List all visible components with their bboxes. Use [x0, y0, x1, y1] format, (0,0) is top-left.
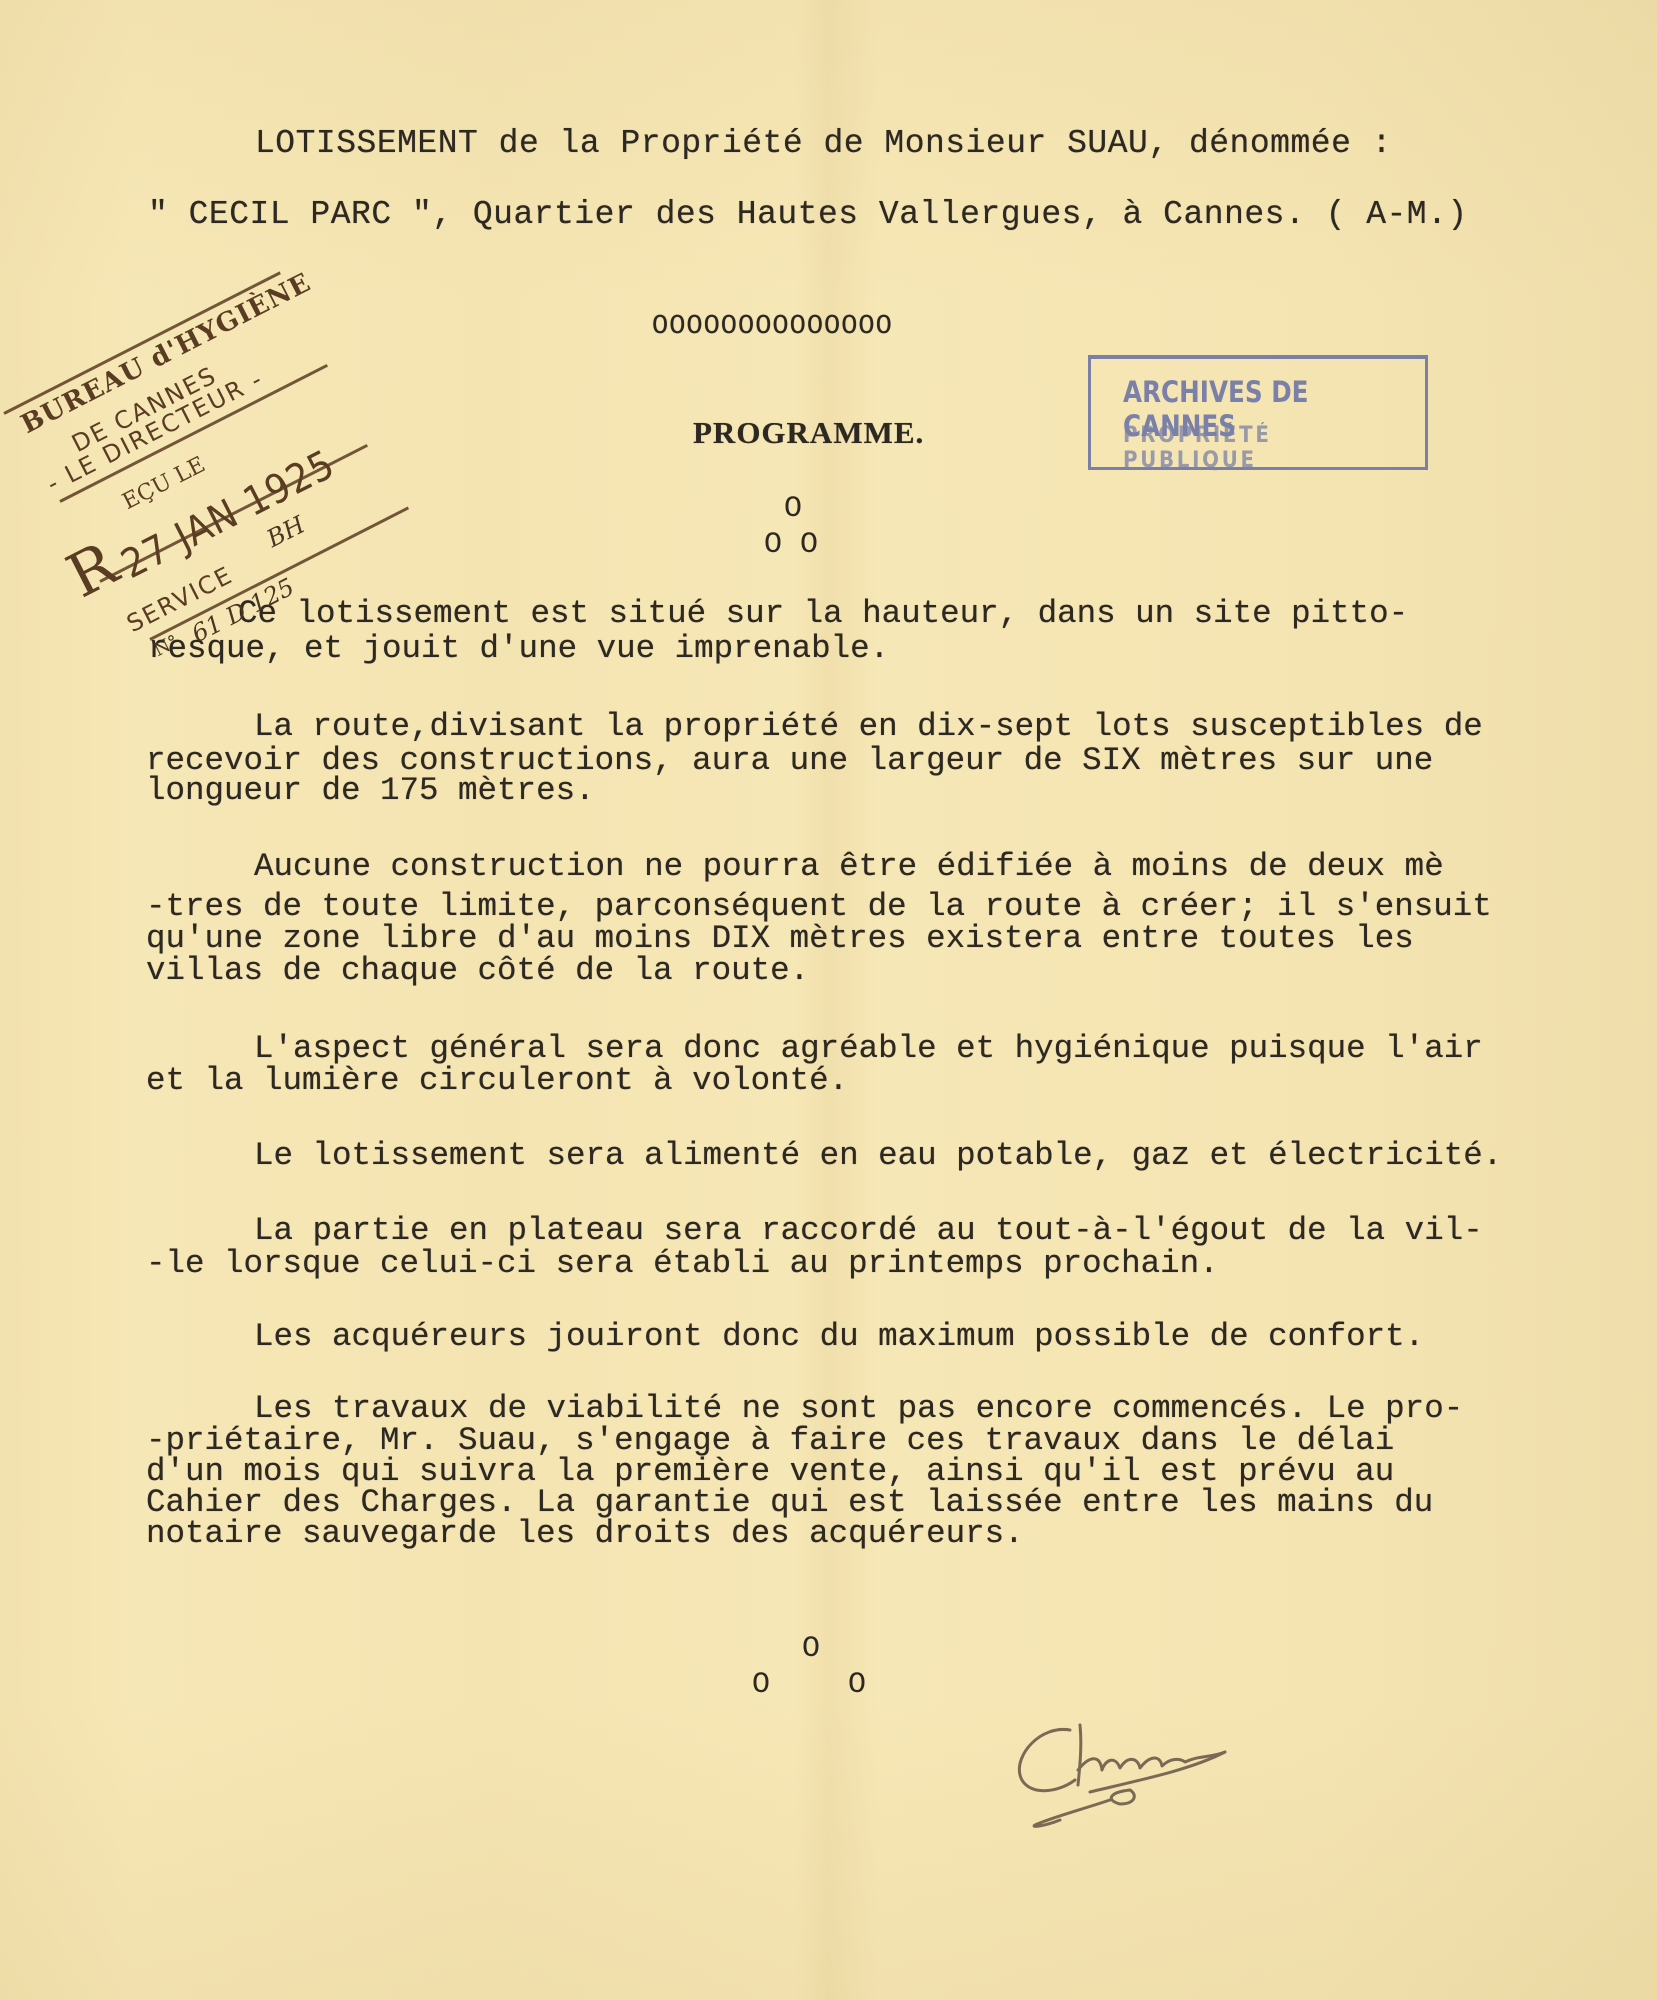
- document-title: PROGRAMME.: [693, 415, 924, 451]
- signature-scrawl-icon: [1010, 1700, 1330, 1830]
- ornament-top-row1: O: [784, 492, 802, 526]
- paragraph-2-line-1: La route,divisant la propriété en dix-se…: [254, 708, 1483, 745]
- ornament-bottom-row2: O O: [752, 1668, 896, 1702]
- paragraph-3-line-4: villas de chaque côté de la route.: [146, 952, 809, 989]
- hygiene-office-stamp: BUREAU d'HYGIÈNE DE CANNES - LE DIRECTEU…: [0, 280, 440, 640]
- paragraph-2-line-3: longueur de 175 mètres.: [146, 772, 595, 809]
- paragraph-8-line-5: notaire sauvegarde les droits des acquér…: [146, 1515, 1024, 1552]
- paragraph-6-line-2: -le lorsque celui-ci sera établi au prin…: [146, 1245, 1219, 1282]
- heading-line-2: " CECIL PARC ", Quartier des Hautes Vall…: [148, 196, 1468, 233]
- paragraph-3-line-1: Aucune construction ne pourra être édifi…: [254, 848, 1444, 885]
- heading-line-1: LOTISSEMENT de la Propriété de Monsieur …: [255, 125, 1392, 162]
- stamp-rule-3: [99, 444, 368, 583]
- paragraph-7-line-1: Les acquéreurs jouiront donc du maximum …: [254, 1318, 1424, 1355]
- signature: [1010, 1700, 1330, 1830]
- paragraph-4-line-2: et la lumière circuleront à volonté.: [146, 1062, 848, 1099]
- paragraph-6-line-1: La partie en plateau sera raccordé au to…: [254, 1212, 1483, 1249]
- paragraph-5-line-1: Le lotissement sera alimenté en eau pota…: [254, 1137, 1502, 1174]
- archives-stamp-line-2: PROPRIÉTÉ PUBLIQUE: [1123, 423, 1395, 473]
- ornament-top-row2: O O: [764, 528, 818, 562]
- separator-line: OOOOOOOOOOOOOO: [652, 312, 893, 342]
- ornament-bottom-row1: O: [802, 1632, 820, 1666]
- archives-stamp: ARCHIVES DE CANNES PROPRIÉTÉ PUBLIQUE: [1088, 355, 1428, 470]
